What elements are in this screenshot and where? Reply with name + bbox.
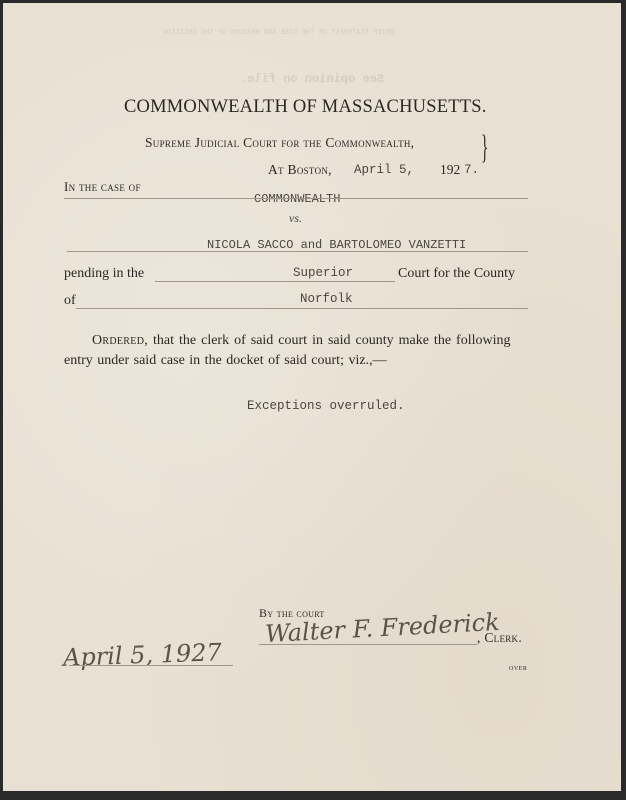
clerk-label: , Clerk. [477, 630, 522, 646]
document-page: BRIEF STATEMENT OF THE CASE AND REASONS … [3, 3, 621, 791]
docket-entry: Exceptions overruled. [247, 399, 405, 413]
handwritten-date: April 5, 1927 [63, 638, 223, 672]
over-label: over [509, 662, 527, 672]
of-label: of [64, 293, 76, 309]
order-paragraph-line-2: entry under said case in the docket of s… [64, 353, 387, 369]
bleed-through-line-1: BRIEF STATEMENT OF THE CASE AND REASONS … [163, 29, 394, 37]
defendants-name: NICOLA SACCO and BARTOLOMEO VANZETTI [207, 238, 466, 252]
brace-icon: } [481, 129, 488, 167]
location-label: At Boston, [268, 162, 332, 178]
order-paragraph-line-1: Ordered, that the clerk of said court in… [92, 333, 510, 349]
county-rule [76, 308, 528, 309]
typed-date: April 5, [354, 163, 414, 177]
order-text-1: that the clerk of said court in said cou… [153, 333, 510, 348]
bleed-through-line-2: See opinion on file. [240, 72, 384, 86]
plaintiff-name: COMMONWEALTH [254, 192, 340, 206]
lower-court-rule [155, 281, 395, 282]
handwritten-date-rule [69, 665, 233, 666]
county-name: Norfolk [300, 292, 353, 306]
document-heading: COMMONWEALTH OF MASSACHUSETTS. [124, 97, 487, 118]
defendants-rule [67, 251, 528, 252]
year-suffix: 7. [464, 163, 479, 177]
signature-rule [259, 644, 477, 645]
court-for-county-label: Court for the County [398, 266, 515, 282]
order-lead: Ordered, [92, 333, 148, 348]
pending-label: pending in the [64, 266, 144, 282]
lower-court-name: Superior [293, 266, 353, 280]
plaintiff-rule [64, 198, 528, 199]
case-intro: In the case of [64, 179, 141, 195]
versus-label: vs. [289, 211, 302, 226]
year-prefix: 192 [440, 162, 460, 178]
court-name: Supreme Judicial Court for the Commonwea… [145, 135, 414, 151]
